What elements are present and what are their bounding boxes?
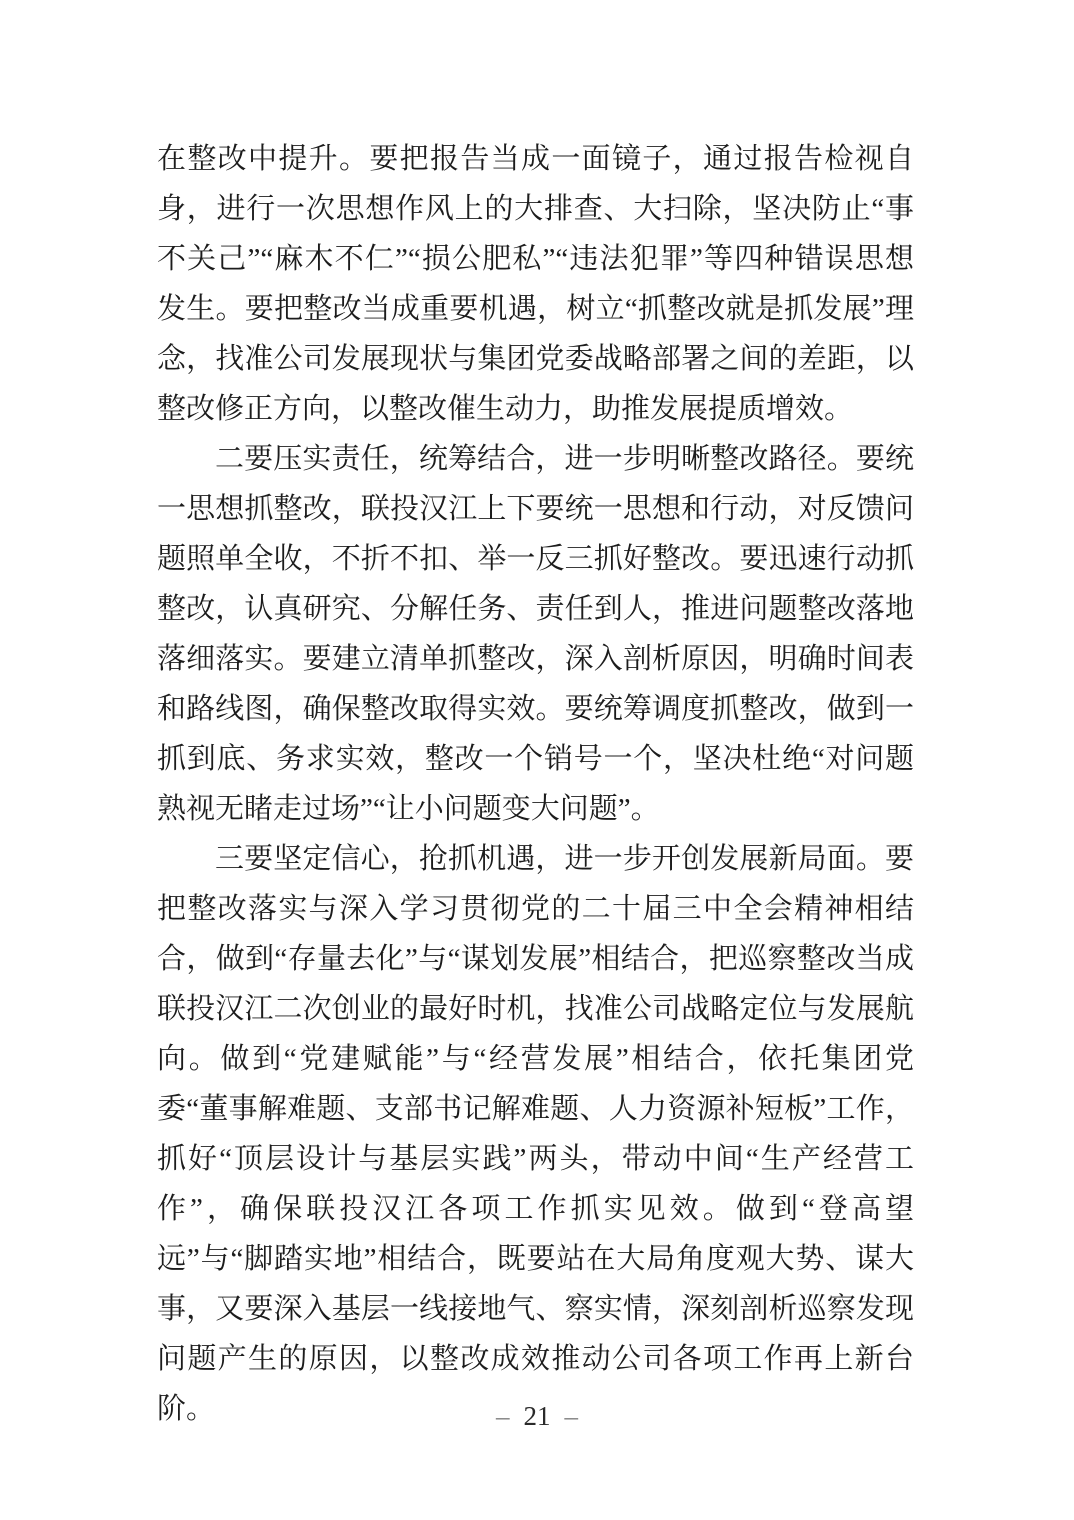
document-body: 在整改中提升。要把报告当成一面镜子，通过报告检视自身，进行一次思想作风上的大排查… (157, 134, 914, 1434)
page-number-left-dash: – (496, 1401, 510, 1431)
page-footer: –21– (0, 1396, 1074, 1436)
paragraph-third-point: 三要坚定信心，抢抓机遇，进一步开创发展新局面。要把整改落实与深入学习贯彻党的二十… (157, 834, 914, 1434)
paragraph-second-point: 二要压实责任，统筹结合，进一步明晰整改路径。要统一思想抓整改，联投汉江上下要统一… (157, 434, 914, 834)
page-number: 21 (510, 1401, 565, 1431)
paragraph-continuation: 在整改中提升。要把报告当成一面镜子，通过报告检视自身，进行一次思想作风上的大排查… (157, 134, 914, 434)
document-page: 在整改中提升。要把报告当成一面镜子，通过报告检视自身，进行一次思想作风上的大排查… (0, 0, 1074, 1520)
page-number-right-dash: – (565, 1401, 579, 1431)
